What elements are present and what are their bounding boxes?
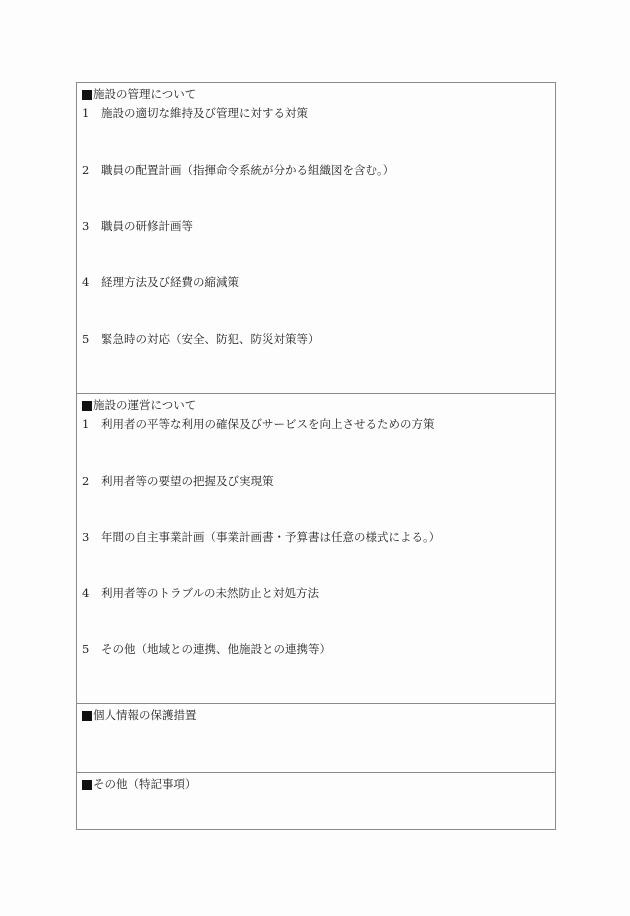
list-item: 4 利用者等のトラブルの未然防止と対処方法: [82, 586, 319, 601]
item-number: 1: [82, 106, 101, 121]
item-text: 利用者等のトラブルの未然防止と対処方法: [101, 586, 319, 601]
item-number: 4: [82, 275, 101, 290]
item-number: 1: [82, 417, 101, 432]
answer-area[interactable]: [77, 434, 555, 472]
answer-area[interactable]: [77, 180, 555, 218]
list-item: 5 その他（地域との連携、他施設との連携等）: [82, 642, 331, 657]
list-item: 3 職員の研修計画等: [82, 219, 193, 234]
list-item: 1 施設の適切な維持及び管理に対する対策: [82, 106, 308, 121]
item-number: 5: [82, 642, 101, 657]
section-title: その他（特記事項）: [93, 777, 197, 792]
item-number: 4: [82, 586, 101, 601]
section-title: 施設の運営について: [93, 398, 196, 413]
item-text: その他（地域との連携、他施設との連携等）: [101, 642, 331, 657]
section-facility-operation: 施設の運営について 1 利用者の平等な利用の確保及びサービスを向上させるための方…: [77, 394, 555, 704]
item-number: 2: [82, 474, 101, 489]
item-text: 経理方法及び経費の縮減策: [101, 275, 239, 290]
item-number: 3: [82, 530, 101, 545]
answer-area[interactable]: [77, 659, 555, 699]
black-square-icon: [82, 711, 92, 721]
section-special-notes: その他（特記事項）: [77, 773, 555, 829]
answer-area[interactable]: [77, 123, 555, 161]
list-item: 3 年間の自主事業計画（事業計画書・予算書は任意の様式による。）: [82, 530, 440, 545]
item-text: 緊急時の対応（安全、防犯、防災対策等）: [101, 332, 320, 347]
section-header: 施設の管理について: [82, 87, 196, 102]
section-title: 個人情報の保護措置: [93, 708, 197, 723]
item-text: 職員の研修計画等: [101, 219, 193, 234]
item-text: 利用者の平等な利用の確保及びサービスを向上させるための方策: [101, 417, 435, 432]
section-header: その他（特記事項）: [82, 777, 197, 792]
black-square-icon: [82, 90, 92, 100]
answer-area[interactable]: [77, 726, 555, 770]
list-item: 5 緊急時の対応（安全、防犯、防災対策等）: [82, 332, 320, 347]
section-title: 施設の管理について: [93, 87, 196, 102]
proposal-form-table: 施設の管理について 1 施設の適切な維持及び管理に対する対策 2 職員の配置計画…: [76, 82, 556, 830]
section-privacy-protection: 個人情報の保護措置: [77, 704, 555, 773]
answer-area[interactable]: [77, 349, 555, 389]
answer-area[interactable]: [77, 236, 555, 274]
item-number: 5: [82, 332, 101, 347]
black-square-icon: [82, 401, 92, 411]
item-number: 2: [82, 163, 101, 178]
answer-area[interactable]: [77, 491, 555, 529]
black-square-icon: [82, 780, 92, 790]
item-number: 3: [82, 219, 101, 234]
list-item: 2 利用者等の要望の把握及び実現策: [82, 474, 274, 489]
section-header: 個人情報の保護措置: [82, 708, 197, 723]
item-text: 職員の配置計画（指揮命令系統が分かる組織図を含む。）: [101, 163, 394, 178]
list-item: 1 利用者の平等な利用の確保及びサービスを向上させるための方策: [82, 417, 435, 432]
section-header: 施設の運営について: [82, 398, 196, 413]
answer-area[interactable]: [77, 795, 555, 827]
answer-area[interactable]: [77, 603, 555, 641]
item-text: 施設の適切な維持及び管理に対する対策: [101, 106, 308, 121]
item-text: 年間の自主事業計画（事業計画書・予算書は任意の様式による。）: [101, 530, 440, 545]
answer-area[interactable]: [77, 547, 555, 585]
list-item: 4 経理方法及び経費の縮減策: [82, 275, 239, 290]
section-facility-management: 施設の管理について 1 施設の適切な維持及び管理に対する対策 2 職員の配置計画…: [77, 83, 555, 394]
item-text: 利用者等の要望の把握及び実現策: [101, 474, 274, 489]
list-item: 2 職員の配置計画（指揮命令系統が分かる組織図を含む。）: [82, 163, 394, 178]
answer-area[interactable]: [77, 292, 555, 330]
